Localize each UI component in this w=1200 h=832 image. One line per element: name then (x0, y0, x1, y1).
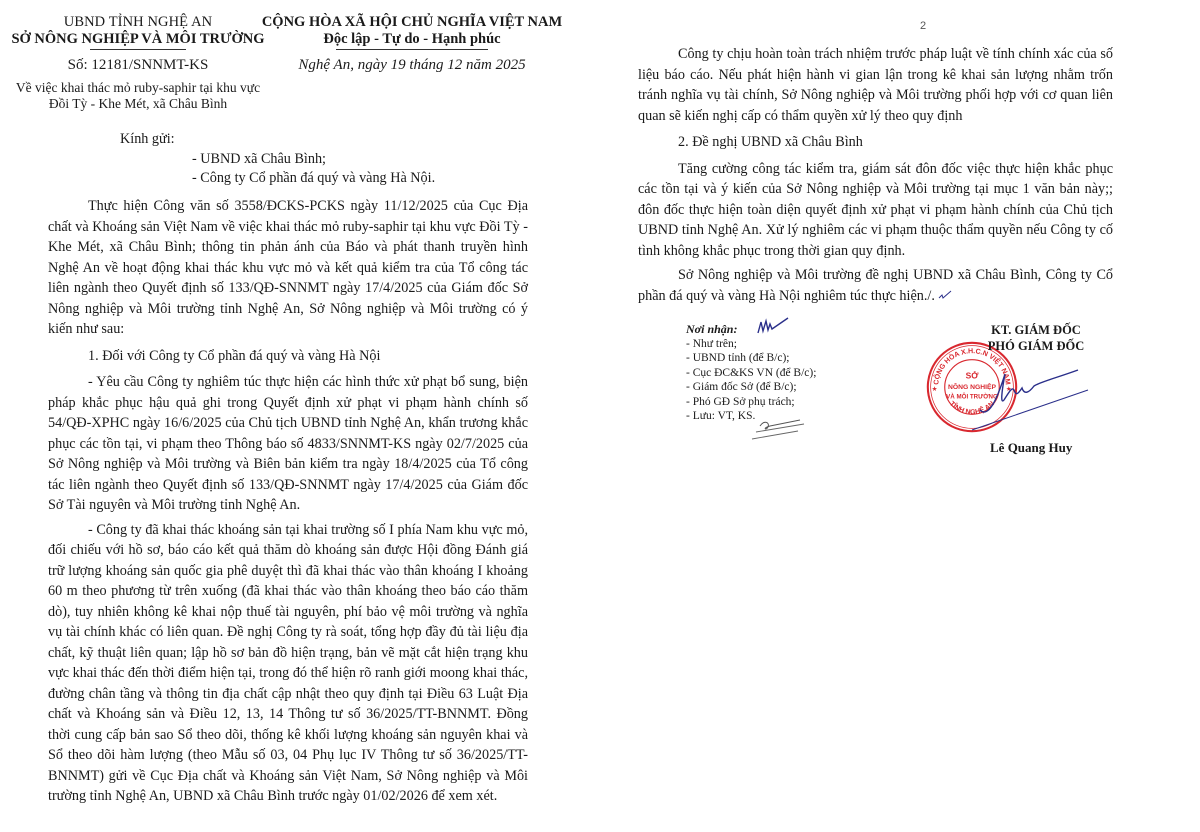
issuing-agency-block: UBND TỈNH NGHỆ AN SỞ NÔNG NGHIỆP VÀ MÔI … (6, 14, 270, 112)
motto-underline (336, 49, 488, 50)
page-2-body: Công ty chịu hoàn toàn trách nhiệm trước… (638, 44, 1113, 306)
handwritten-signature-icon (960, 360, 1090, 440)
handwritten-initials-icon (756, 316, 790, 336)
section-1-heading: 1. Đối với Công ty Cổ phần đá quý và vàn… (48, 346, 528, 367)
national-motto: Độc lập - Tự do - Hạnh phúc (252, 31, 572, 48)
distribution-item: - UBND tỉnh (để B/c); (686, 351, 816, 366)
agency-parent: UBND TỈNH NGHỆ AN (6, 14, 270, 31)
checkmark-initial-icon (938, 290, 952, 300)
signature-title-line-1: KT. GIÁM ĐỐC (970, 322, 1102, 338)
section-2-paragraph: Tăng cường công tác kiểm tra, giám sát đ… (638, 159, 1113, 262)
responsibility-paragraph: Công ty chịu hoàn toàn trách nhiệm trước… (638, 44, 1113, 126)
distribution-title: Nơi nhận: (686, 322, 816, 337)
salutation-label: Kính gửi: (120, 130, 175, 149)
svg-text:★: ★ (932, 385, 938, 393)
agency-underline (90, 49, 186, 50)
place-and-date: Nghệ An, ngày 19 tháng 12 năm 2025 (252, 56, 572, 74)
section-1-paragraph: - Yêu cầu Công ty nghiêm túc thực hiện c… (48, 372, 528, 516)
national-title: CỘNG HÒA XÃ HỘI CHỦ NGHĨA VIỆT NAM (252, 14, 572, 31)
addressee-item: - Công ty Cổ phần đá quý và vàng Hà Nội. (192, 169, 435, 188)
distribution-item: - Như trên; (686, 337, 816, 352)
document-number: Số: 12181/SNNMT-KS (6, 56, 270, 74)
agency-name: SỞ NÔNG NGHIỆP VÀ MÔI TRƯỜNG (6, 31, 270, 48)
distribution-list: Nơi nhận: - Như trên; - UBND tỉnh (để B/… (686, 322, 816, 424)
handwritten-initials-icon (750, 418, 810, 442)
signer-name: Lê Quang Huy (990, 440, 1072, 456)
section-2-heading: 2. Đề nghị UBND xã Châu Bình (638, 132, 1113, 153)
page-1-body: Thực hiện Công văn số 3558/ĐCKS-PCKS ngà… (48, 196, 528, 807)
distribution-item: - Cục ĐC&KS VN (để B/c); (686, 366, 816, 381)
signature-title-line-2: PHÓ GIÁM ĐỐC (970, 338, 1102, 354)
document-subject: Về việc khai thác mỏ ruby-saphir tại khu… (6, 80, 270, 112)
addressee-item: - UBND xã Châu Bình; (192, 150, 435, 169)
national-header-block: CỘNG HÒA XÃ HỘI CHỦ NGHĨA VIỆT NAM Độc l… (252, 14, 572, 74)
section-1-paragraph: - Công ty đã khai thác khoáng sản tại kh… (48, 520, 528, 807)
signature-block: KT. GIÁM ĐỐC PHÓ GIÁM ĐỐC (970, 322, 1102, 354)
addressee-list: - UBND xã Châu Bình; - Công ty Cổ phần đ… (192, 150, 435, 188)
distribution-item: - Giám đốc Sở (để B/c); (686, 380, 816, 395)
closing-paragraph: Sở Nông nghiệp và Môi trường đề nghị UBN… (638, 265, 1113, 306)
intro-paragraph: Thực hiện Công văn số 3558/ĐCKS-PCKS ngà… (48, 196, 528, 340)
closing-text: Sở Nông nghiệp và Môi trường đề nghị UBN… (638, 267, 1113, 304)
page-number: 2 (920, 20, 926, 32)
distribution-item: - Phó GĐ Sở phụ trách; (686, 395, 816, 410)
